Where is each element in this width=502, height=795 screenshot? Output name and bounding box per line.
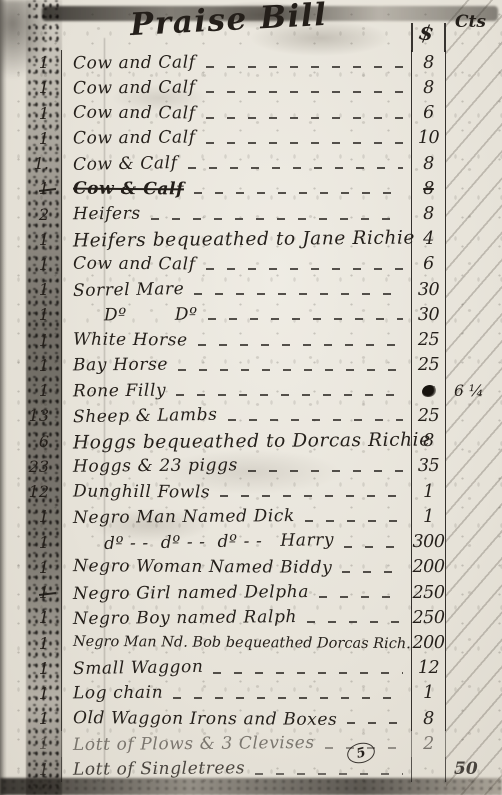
item-text: Cow and Calf xyxy=(73,77,196,98)
table-row: 23 Hoggs & 23 piggs 35 xyxy=(0,454,502,479)
item-text: Rone Filly xyxy=(73,380,166,401)
qty-cell: 1 xyxy=(0,504,62,529)
table-row: 1 Negro Man Named Dick 1 xyxy=(0,504,502,529)
dollars-cell xyxy=(411,378,446,403)
dollars-value: 8 xyxy=(423,53,434,73)
qty-cell: 1 xyxy=(0,227,62,252)
item-text: Sheep & Lambs xyxy=(73,405,218,428)
scanned-document-page: Praise Bill $ Cts 1 Cow and Calf 8 1 Cow… xyxy=(0,0,502,795)
item-text: Small Waggon xyxy=(73,657,204,679)
item-text: Dº Dº xyxy=(104,305,198,326)
item-cell: Dº Dº xyxy=(62,302,411,327)
dollars-value: 4 xyxy=(423,229,434,249)
item-text: Hoggs & 23 piggs xyxy=(73,456,238,477)
page-title: Praise Bill xyxy=(129,0,328,43)
item-text: Heifers bequeathed to Jane Richie xyxy=(73,227,415,251)
leader-dashes xyxy=(347,722,403,724)
table-row: 1 White Horse 25 xyxy=(0,328,502,353)
qty-cell: 1 xyxy=(0,176,62,201)
dollars-value: 8 xyxy=(423,709,434,729)
qty-cell: 1 xyxy=(0,100,62,125)
dollars-cell: 25 xyxy=(411,353,446,378)
dollars-cell: 200 xyxy=(411,555,446,580)
table-row: 1 Dº Dº 30 xyxy=(0,302,502,327)
item-cell: Hoggs & 23 piggs xyxy=(62,454,411,479)
dollars-cell: 10 xyxy=(411,126,446,151)
dollars-value: 6 xyxy=(423,254,434,274)
col-header-dollars: $ xyxy=(417,19,436,46)
leader-dashes xyxy=(255,773,403,775)
dollars-value: 1 xyxy=(423,507,434,527)
qty-cell: 1 xyxy=(0,605,62,630)
item-text: Negro Man Nd. Bob bequeathed Dorcas Rich… xyxy=(73,634,411,652)
table-row: 1 Lott of Plows & 3 Clevises 2 xyxy=(0,731,502,756)
dollars-value: 8 xyxy=(423,154,434,174)
table-row: 1 Negro Woman Named Biddy 200 xyxy=(0,555,502,580)
table-row: 1. Cow & Calf 8 xyxy=(0,151,502,176)
leader-dashes xyxy=(206,91,403,93)
item-text: Lott of Plows & 3 Clevises xyxy=(73,733,315,755)
dollars-value: 25 xyxy=(418,406,439,426)
dollars-cell: 2 xyxy=(411,731,446,756)
leader-dashes xyxy=(213,672,403,674)
dollars-cell: 250 xyxy=(411,605,446,630)
dollars-cell: 8 xyxy=(411,151,446,176)
dollars-value: 30 xyxy=(418,305,439,325)
table-row: 1 Old Waggon Irons and Boxes 8 xyxy=(0,706,502,731)
qty-cell: 1 xyxy=(0,50,62,75)
item-text: Hoggs bequeathed to Dorcas Richie xyxy=(73,429,431,453)
dollars-cell: 8 xyxy=(411,176,446,201)
item-cell: Heifers bequeathed to Jane Richie xyxy=(62,227,411,252)
dollars-cell: 25 xyxy=(411,403,446,428)
table-row: 1 Negro Man Nd. Bob bequeathed Dorcas Ri… xyxy=(0,630,502,655)
dollars-value: 200 xyxy=(413,633,445,653)
item-text: Cow & Calf xyxy=(73,178,184,199)
table-row: 1 Heifers bequeathed to Jane Richie 4 xyxy=(0,227,502,252)
table-row: 1 Cow and Calf 6 xyxy=(0,252,502,277)
table-row: 1 Negro Boy named Ralph 250 xyxy=(0,605,502,630)
dollars-value: 1 xyxy=(423,482,434,502)
dollars-value: 12 xyxy=(418,658,439,678)
dollars-value: 300 xyxy=(413,532,445,552)
item-text: Cow and Calf xyxy=(73,254,196,275)
table-row: 1 Cow and Calf 8 xyxy=(0,50,502,75)
dollars-cell xyxy=(411,757,446,782)
item-cell: Cow and Calf xyxy=(62,75,411,100)
item-cell: Cow and Calf xyxy=(62,252,411,277)
document-header: Praise Bill $ Cts xyxy=(0,0,502,50)
leader-dashes xyxy=(198,344,403,346)
item-text: Cow and Calf xyxy=(73,103,196,124)
qty-cell: 1 xyxy=(0,706,62,731)
table-row: 13 Sheep & Lambs 25 xyxy=(0,403,502,428)
item-cell: Dunghill Fowls xyxy=(62,479,411,504)
item-cell: Old Waggon Irons and Boxes xyxy=(62,706,411,731)
qty-cell: 1 xyxy=(0,555,62,580)
item-cell: Cow and Calf xyxy=(62,126,411,151)
qty-cell: 1 xyxy=(0,353,62,378)
item-text: Dunghill Fowls xyxy=(73,481,210,502)
qty-cell: 1 xyxy=(0,630,62,655)
leader-dashes xyxy=(194,293,403,295)
item-cell: Hoggs bequeathed to Dorcas Richie xyxy=(62,429,411,454)
leader-dashes xyxy=(305,520,403,522)
cents-cell: 6 ¼ xyxy=(446,382,502,400)
item-cell: Sheep & Lambs xyxy=(62,403,411,428)
dollars-cell: 8 xyxy=(411,201,446,226)
item-cell: Negro Woman Named Biddy xyxy=(62,555,411,580)
qty-cell: 23 xyxy=(0,454,62,479)
dollars-value: 2 xyxy=(423,734,434,754)
table-row: 1 Cow & Calf 8 xyxy=(0,176,502,201)
qty-cell: 12 xyxy=(0,479,62,504)
dollars-cell: 250 xyxy=(411,580,446,605)
table-row: 2 Heifers 8 xyxy=(0,201,502,226)
leader-dashes xyxy=(319,596,403,598)
item-cell: Rone Filly xyxy=(62,378,411,403)
leader-dashes xyxy=(176,394,403,396)
item-text: Sorrel Mare xyxy=(73,279,185,301)
dollars-cell: 6 xyxy=(411,252,446,277)
item-text: Log chain xyxy=(73,683,163,704)
item-cell: dº - - dº - - dº - - Harry xyxy=(62,529,411,554)
item-text: White Horse xyxy=(73,330,188,351)
dollars-value: 250 xyxy=(413,583,445,603)
qty-cell: 2 xyxy=(0,201,62,226)
qty-cell: 1 xyxy=(0,580,62,605)
dollars-cell: 1 xyxy=(411,504,446,529)
dollars-cell: 300 xyxy=(411,529,446,554)
qty-cell: 1 xyxy=(0,656,62,681)
leader-dashes xyxy=(208,318,403,320)
dollars-value: 8 xyxy=(423,179,434,199)
qty-cell: 13 xyxy=(0,403,62,428)
dollars-value: 200 xyxy=(413,557,445,577)
qty-cell: 1 xyxy=(0,75,62,100)
item-cell: Cow & Calf xyxy=(62,176,411,201)
table-row: 1 Lott of Singletrees 50 xyxy=(0,757,502,782)
dollars-cell: 35 xyxy=(411,454,446,479)
dollars-value: 1 xyxy=(423,683,434,703)
qty-cell: 1 xyxy=(0,731,62,756)
dollars-column-rule-left xyxy=(411,23,413,52)
dollars-cell: 6 xyxy=(411,100,446,125)
col-header-cents: Cts xyxy=(455,12,486,32)
item-cell: Small Waggon xyxy=(62,656,411,681)
dollars-cell: 200 xyxy=(411,630,446,655)
table-row: 1 Log chain 1 xyxy=(0,681,502,706)
dollars-cell: 4 xyxy=(411,227,446,252)
item-text: Negro Man Named Dick xyxy=(73,506,295,528)
item-text: Cow & Calf xyxy=(73,153,178,175)
qty-cell: 1 xyxy=(0,378,62,403)
qty-cell: 1 xyxy=(0,681,62,706)
leader-dashes xyxy=(194,192,403,194)
dollars-value: 25 xyxy=(418,330,439,350)
qty-cell: 1 xyxy=(0,252,62,277)
item-text: Old Waggon Irons and Boxes xyxy=(73,708,338,730)
item-text: Cow and Calf xyxy=(73,128,196,149)
item-text: Cow and Calf xyxy=(73,52,196,73)
item-cell: Negro Man Nd. Bob bequeathed Dorcas Rich… xyxy=(62,630,411,655)
table-row: 1 Bay Horse 25 xyxy=(0,353,502,378)
circled-five-number: 5 xyxy=(355,745,367,762)
dollars-value: 8 xyxy=(423,204,434,224)
item-cell: White Horse xyxy=(62,328,411,353)
qty-cell: 1 xyxy=(0,529,62,554)
dollars-value: 6 xyxy=(423,103,434,123)
item-cell: Cow & Calf xyxy=(62,151,411,176)
dollars-column-rule-right xyxy=(444,23,446,52)
dollars-value: 35 xyxy=(418,456,439,476)
leader-dashes xyxy=(173,697,403,699)
leader-dashes xyxy=(206,142,403,144)
dollars-value: 8 xyxy=(423,78,434,98)
dollars-value: 10 xyxy=(418,128,439,148)
leader-dashes xyxy=(228,419,404,421)
item-cell: Negro Boy named Ralph xyxy=(62,605,411,630)
item-table: 1 Cow and Calf 8 1 Cow and Calf 8 1 Cow … xyxy=(0,50,502,782)
leader-dashes xyxy=(206,66,403,68)
leader-dashes xyxy=(188,167,403,169)
item-text: Lott of Singletrees xyxy=(73,758,245,780)
dollars-cell: 1 xyxy=(411,479,446,504)
item-text: dº - - dº - - dº - - Harry xyxy=(104,530,334,554)
dollars-value: 30 xyxy=(418,280,439,300)
qty-cell: 6 xyxy=(0,429,62,454)
leader-dashes xyxy=(206,117,403,119)
leader-dashes xyxy=(151,218,403,220)
cents-cell: 50 xyxy=(446,759,502,779)
item-cell: Cow and Calf xyxy=(62,50,411,75)
qty-cell: 1. xyxy=(0,151,62,176)
leader-dashes xyxy=(220,495,403,497)
dollars-cell: 25 xyxy=(411,328,446,353)
dollars-value: 250 xyxy=(413,608,445,628)
table-row: 1 Cow and Calf 10 xyxy=(0,126,502,151)
dollars-cell: 8 xyxy=(411,706,446,731)
dollars-cell: 30 xyxy=(411,302,446,327)
dollars-cell: 30 xyxy=(411,277,446,302)
qty-cell: 1 xyxy=(0,328,62,353)
item-cell: Negro Man Named Dick xyxy=(62,504,411,529)
leader-dashes xyxy=(342,571,403,573)
leader-dashes xyxy=(178,369,403,371)
table-row: 1 Negro Girl named Delpha 250 xyxy=(0,580,502,605)
item-text: Negro Woman Named Biddy xyxy=(73,556,332,578)
qty-cell: 1 xyxy=(0,126,62,151)
item-text: Negro Boy named Ralph xyxy=(73,607,297,629)
item-text: Negro Girl named Delpha xyxy=(73,582,309,604)
table-row: 1 Cow and Calf 8 xyxy=(0,75,502,100)
table-row: 1 Cow and Calf 6 xyxy=(0,100,502,125)
dollars-cell: 8 xyxy=(411,75,446,100)
qty-cell: 1 xyxy=(0,302,62,327)
table-row: 1 Sorrel Mare 30 xyxy=(0,277,502,302)
table-row: 1 dº - - dº - - dº - - Harry 300 xyxy=(0,529,502,554)
item-text: Bay Horse xyxy=(73,355,168,376)
dollars-cell: 12 xyxy=(411,656,446,681)
dollars-value: 25 xyxy=(418,355,439,375)
item-cell: Bay Horse xyxy=(62,353,411,378)
item-cell: Log chain xyxy=(62,681,411,706)
leader-dashes xyxy=(206,268,403,270)
table-row: 1 Rone Filly 6 ¼ xyxy=(0,378,502,403)
dollars-cell: 1 xyxy=(411,681,446,706)
table-row: 1 Small Waggon 12 xyxy=(0,656,502,681)
item-cell: Heifers xyxy=(62,201,411,226)
qty-cell: 1 xyxy=(0,277,62,302)
item-cell: Cow and Calf xyxy=(62,100,411,125)
item-cell: Negro Girl named Delpha xyxy=(62,580,411,605)
table-row: 12 Dunghill Fowls 1 xyxy=(0,479,502,504)
leader-dashes xyxy=(307,621,403,623)
qty-cell: 1 xyxy=(0,757,62,782)
dollars-cell: 8 xyxy=(411,50,446,75)
leader-dashes xyxy=(344,546,403,548)
leader-dashes xyxy=(248,470,403,472)
item-cell: Sorrel Mare xyxy=(62,277,411,302)
item-text: Heifers xyxy=(73,204,141,225)
table-row: 6 Hoggs bequeathed to Dorcas Richie 8 xyxy=(0,429,502,454)
